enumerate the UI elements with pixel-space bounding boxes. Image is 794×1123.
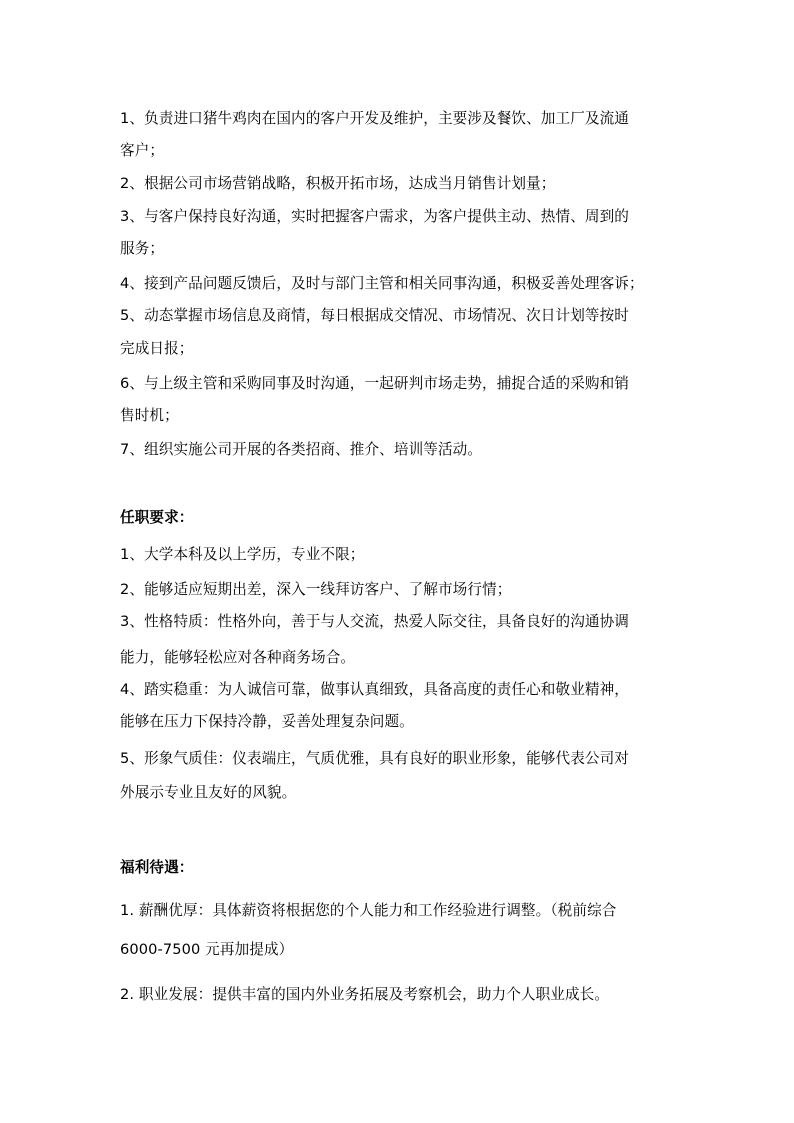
duty-line: 5、动态掌握市场信息及商情，每日根据成交情况、市场情况、次日计划等按时	[120, 306, 629, 326]
duty-line: 4、接到产品问题反馈后，及时与部门主管和相关同事沟通，积极妥善处理客诉；	[120, 274, 644, 294]
requirement-line: 1、大学本科及以上学历，专业不限；	[120, 545, 365, 565]
benefit-line: 6000-7500 元再加提成）	[120, 940, 293, 960]
duty-line: 售时机；	[120, 406, 179, 426]
duty-line: 2、根据公司市场营销战略，积极开拓市场，达成当月销售计划量；	[120, 174, 556, 194]
requirements-heading: 任职要求：	[120, 508, 193, 528]
duty-line: 客户；	[120, 141, 164, 161]
benefit-line: 2. 职业发展：提供丰富的国内外业务拓展及考察机会，助力个人职业成长。	[120, 985, 609, 1005]
requirement-line: 能够在压力下保持冷静，妥善处理复杂问题。	[120, 712, 414, 732]
benefits-heading: 福利待遇：	[120, 858, 193, 878]
requirement-line: 5、形象气质佳：仪表端庄，气质优雅，具有良好的职业形象，能够代表公司对	[120, 749, 629, 769]
requirement-line: 3、性格特质：性格外向，善于与人交流，热爱人际交往，具备良好的沟通协调	[120, 612, 629, 632]
duty-line: 完成日报；	[120, 339, 193, 359]
duty-line: 1、负责进口猪牛鸡肉在国内的客户开发及维护，主要涉及餐饮、加工厂及流通	[120, 109, 629, 129]
requirement-line: 4、踏实稳重：为人诚信可靠，做事认真细致，具备高度的责任心和敬业精神，	[120, 680, 629, 700]
requirement-line: 2、能够适应短期出差，深入一线拜访客户、了解市场行情；	[120, 580, 511, 600]
duty-line: 服务；	[120, 239, 164, 259]
requirement-line: 能力，能够轻松应对各种商务场合。	[120, 648, 355, 668]
duty-line: 6、与上级主管和采购同事及时沟通，一起研判市场走势，捕捉合适的采购和销	[120, 374, 629, 394]
requirement-line: 外展示专业且友好的风貌。	[120, 783, 296, 803]
duty-line: 3、与客户保持良好沟通，实时把握客户需求，为客户提供主动、热情、周到的	[120, 207, 629, 227]
duty-line: 7、组织实施公司开展的各类招商、推介、培训等活动。	[120, 440, 482, 460]
benefit-line: 1. 薪酬优厚：具体薪资将根据您的个人能力和工作经验进行调整。（税前综合	[120, 901, 616, 921]
